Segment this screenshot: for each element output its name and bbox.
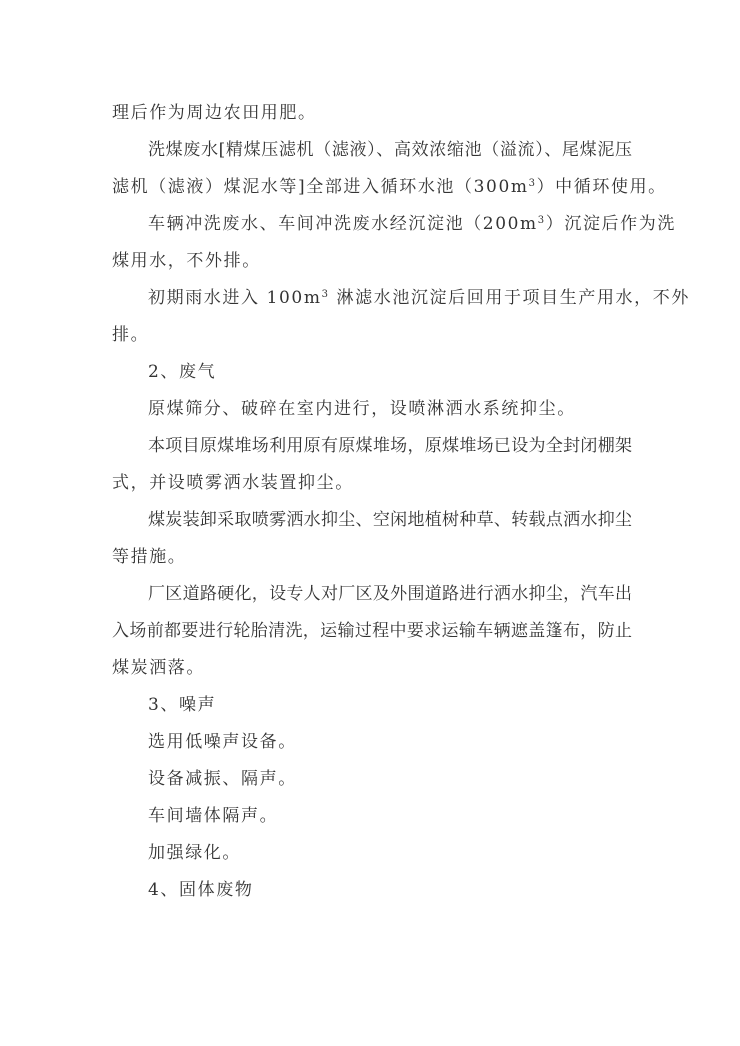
document-page: 理后作为周边农田用肥。 洗煤废水[精煤压滤机（滤液）、高效浓缩池（溢流）、尾煤泥… [112, 95, 632, 909]
section-heading-noise: 3、噪声 [112, 687, 632, 724]
paragraph-line: 车辆冲洗废水、车间冲洗废水经沉淀池（200m3）沉淀后作为洗 [112, 206, 632, 243]
paragraph-line: 设备减振、隔声。 [112, 761, 632, 798]
superscript: 3 [322, 289, 330, 300]
superscript: 3 [529, 178, 537, 189]
superscript: 3 [538, 215, 546, 226]
paragraph-line: 排。 [112, 317, 632, 354]
paragraph-line: 等措施。 [112, 539, 632, 576]
paragraph-line: 煤炭洒落。 [112, 650, 632, 687]
text-span: 初期雨水进入 100m [148, 288, 322, 308]
text-span: 车辆冲洗废水、车间冲洗废水经沉淀池（200m [148, 214, 538, 234]
section-heading-solid-waste: 4、固体废物 [112, 872, 632, 909]
paragraph-line: 加强绿化。 [112, 835, 632, 872]
paragraph-line: 煤炭装卸采取喷雾洒水抑尘、空闲地植树种草、转载点洒水抑尘 [112, 502, 632, 539]
paragraph-line: 入场前都要进行轮胎清洗，运输过程中要求运输车辆遮盖篷布，防止 [112, 613, 632, 650]
paragraph-line: 滤机（滤液）煤泥水等]全部进入循环水池（300m3）中循环使用。 [112, 169, 632, 206]
text-span: ）沉淀后作为洗 [546, 214, 676, 234]
paragraph-line: 洗煤废水[精煤压滤机（滤液）、高效浓缩池（溢流）、尾煤泥压 [112, 132, 632, 169]
paragraph-line: 选用低噪声设备。 [112, 724, 632, 761]
paragraph-line: 煤用水，不外排。 [112, 243, 632, 280]
text-span: 滤机（滤液）煤泥水等]全部进入循环水池（300m [112, 177, 529, 197]
text-span: 淋滤水池沉淀后回用于项目生产用水，不外 [330, 288, 690, 308]
paragraph-line: 式，并设喷雾洒水装置抑尘。 [112, 465, 632, 502]
paragraph-line: 理后作为周边农田用肥。 [112, 95, 632, 132]
paragraph-line: 厂区道路硬化，设专人对厂区及外围道路进行洒水抑尘，汽车出 [112, 576, 632, 613]
paragraph-line: 原煤筛分、破碎在室内进行，设喷淋洒水系统抑尘。 [112, 391, 632, 428]
text-span: ）中循环使用。 [537, 177, 667, 197]
paragraph-line: 本项目原煤堆场利用原有原煤堆场，原煤堆场已设为全封闭棚架 [112, 428, 632, 465]
section-heading-waste-gas: 2、废气 [112, 354, 632, 391]
paragraph-line: 车间墙体隔声。 [112, 798, 632, 835]
paragraph-line: 初期雨水进入 100m3 淋滤水池沉淀后回用于项目生产用水，不外 [112, 280, 632, 317]
